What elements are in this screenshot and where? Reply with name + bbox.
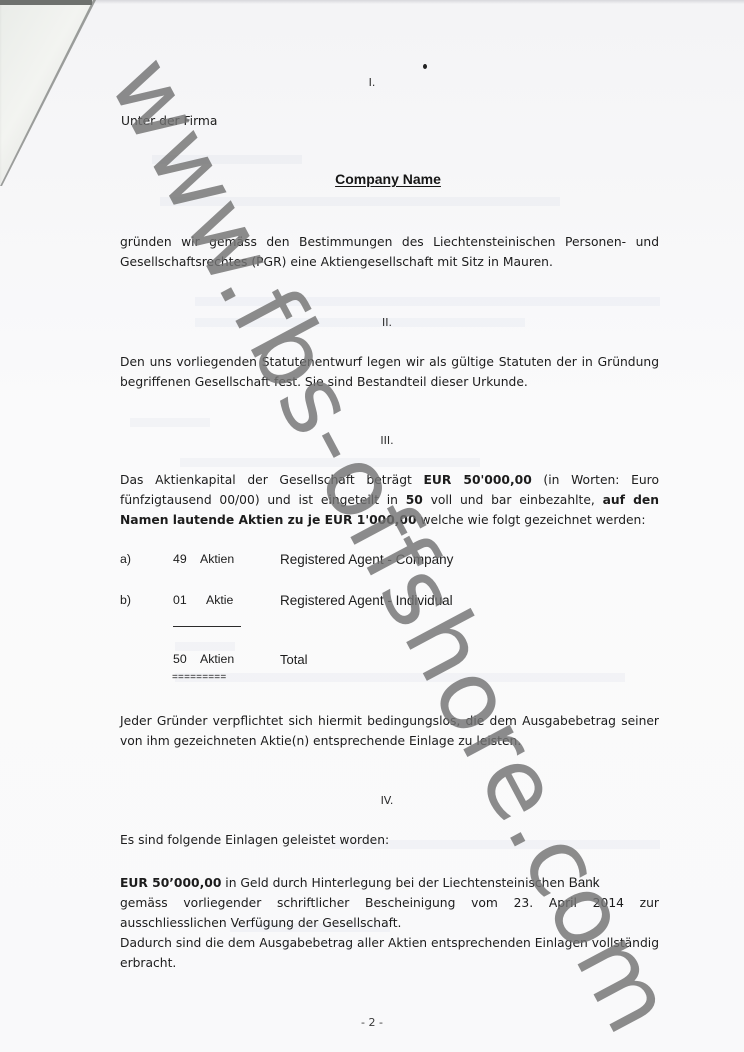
intro-firm-label: Unter der Firma <box>121 111 217 131</box>
folded-page-corner <box>0 0 100 190</box>
share-row-holder: Registered Agent - Individual <box>280 593 453 608</box>
page-top-edge <box>60 0 744 4</box>
company-name: Company Name <box>0 171 744 187</box>
section-numeral-4: IV. <box>15 794 744 807</box>
obligation-paragraph: Jeder Gründer verpflichtet sich hiermit … <box>120 711 659 751</box>
bleed-through-text <box>180 458 480 467</box>
text-run: in Geld durch Hinterlegung bei der Liech… <box>221 876 568 890</box>
share-row-unit: Aktie <box>206 593 233 607</box>
bleed-through-text <box>175 673 625 682</box>
share-row-label: b) <box>120 593 131 607</box>
share-capital-paragraph: Das Aktienkapital der Gesellschaft beträ… <box>120 470 659 530</box>
sum-rule <box>173 626 241 627</box>
total-label: Total <box>280 652 307 667</box>
total-count: 50 <box>173 652 187 666</box>
double-rule: ========= <box>172 672 226 683</box>
deposit-line: EUR 50’000,00 in Geld durch Hinterlegung… <box>120 873 600 893</box>
bleed-through-text <box>195 297 660 306</box>
page-number: - 2 - <box>0 1016 744 1029</box>
text-run: voll und bar einbezahlte, <box>423 493 603 507</box>
statutes-paragraph: Den uns vorliegenden Statutenentwurf leg… <box>120 352 659 392</box>
capital-amount: EUR 50'000,00 <box>424 473 532 487</box>
share-count: 50 <box>406 493 423 507</box>
bleed-through-text <box>175 642 235 651</box>
share-row-label: a) <box>120 552 131 566</box>
total-unit: Aktien <box>200 652 234 666</box>
scan-edge-shadow <box>0 0 92 5</box>
ink-speck <box>423 64 427 69</box>
bleed-through-text <box>130 418 210 427</box>
conclusion-paragraph: Dadurch sind die dem Ausgabebetrag aller… <box>120 933 659 973</box>
document-page: I. Unter der Firma Company Name gründen … <box>0 0 744 1052</box>
text-run: welche wie folgt gezeichnet werden: <box>417 513 646 527</box>
section-numeral-3: III. <box>15 434 744 447</box>
contributions-intro: Es sind folgende Einlagen geleistet word… <box>120 830 389 850</box>
founding-paragraph: gründen wir gemäss den Bestimmungen des … <box>120 232 659 272</box>
share-row-count: 01 <box>173 593 187 607</box>
bleed-through-text <box>160 197 560 206</box>
bleed-through-text <box>152 155 302 164</box>
share-row-holder: Registered Agent - Company <box>280 552 453 567</box>
share-row-count: 49 <box>173 552 187 566</box>
deposit-amount: EUR 50’000,00 <box>120 876 221 890</box>
text-run: Das Aktienkapital der Gesellschaft beträ… <box>120 473 424 487</box>
section-numeral-2: II. <box>15 316 744 329</box>
share-row-unit: Aktien <box>200 552 234 566</box>
section-numeral-1: I. <box>0 76 744 89</box>
certificate-paragraph: gemäss vorliegender schriftlicher Besche… <box>120 893 659 933</box>
bank-name: Bank <box>569 875 600 890</box>
